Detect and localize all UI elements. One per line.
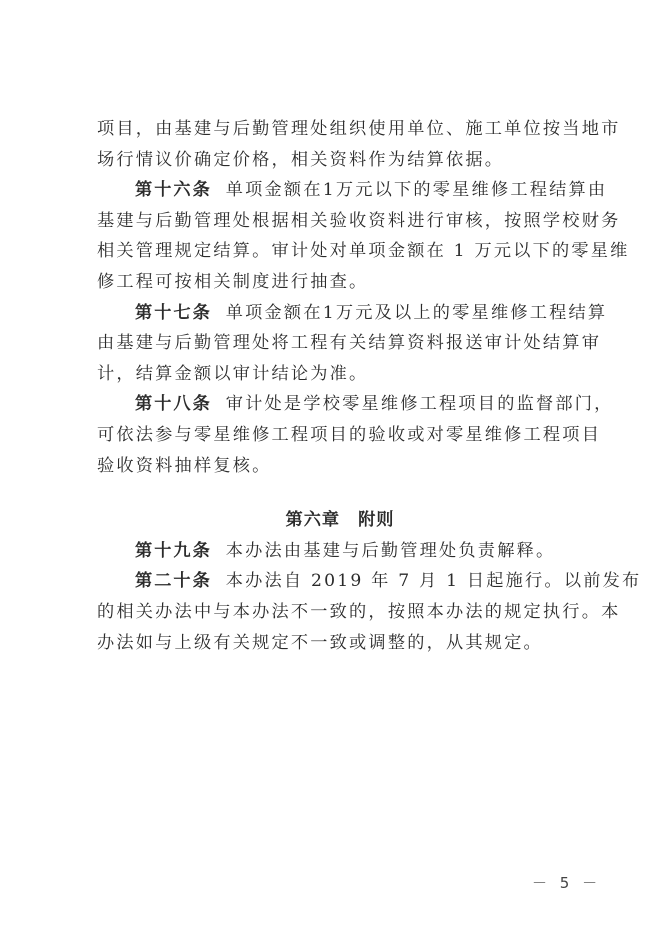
- paragraph-line: 的相关办法中与本办法不一致的，按照本办法的规定执行。本: [97, 597, 575, 628]
- article-label: 第十七条: [135, 303, 212, 323]
- article-label: 第二十条: [135, 571, 212, 591]
- article-19: 第十九条本办法由基建与后勤管理处负责解释。: [97, 536, 575, 567]
- document-page: 项目，由基建与后勤管理处组织使用单位、施工单位按当地市 场行情议价确定价格，相关…: [97, 114, 575, 658]
- chapter-number: 第六章: [286, 510, 341, 530]
- paragraph-line: 相关管理规定结算。审计处对单项金额在 1 万元以下的零星维: [97, 236, 575, 267]
- article-label: 第十六条: [135, 180, 212, 200]
- paragraph-line: 场行情议价确定价格，相关资料作为结算依据。: [97, 145, 575, 176]
- paragraph-line: 修工程可按相关制度进行抽查。: [97, 267, 575, 298]
- paragraph-line: 基建与后勤管理处根据相关验收资料进行审核，按照学校财务: [97, 206, 575, 237]
- section-gap: [97, 481, 575, 505]
- paragraph-line: 项目，由基建与后勤管理处组织使用单位、施工单位按当地市: [97, 114, 575, 145]
- paragraph-line: 验收资料抽样复核。: [97, 451, 575, 482]
- paragraph-line: 由基建与后勤管理处将工程有关结算资料报送审计处结算审: [97, 328, 575, 359]
- article-text: 单项金额在1万元及以上的零星维修工程结算: [226, 303, 608, 323]
- chapter-title: 附则: [358, 510, 394, 530]
- article-text: 本办法自 2019 年 7 月 1 日起施行。以前发布: [226, 571, 642, 591]
- page-number: － 5 －: [532, 872, 601, 893]
- article-label: 第十八条: [135, 394, 212, 414]
- article-text: 审计处是学校零星维修工程项目的监督部门，: [226, 394, 614, 414]
- article-text: 本办法由基建与后勤管理处负责解释。: [226, 541, 556, 561]
- paragraph-line: 可依法参与零星维修工程项目的验收或对零星维修工程项目: [97, 420, 575, 451]
- article-label: 第十九条: [135, 541, 212, 561]
- article-16: 第十六条单项金额在1万元以下的零星维修工程结算由: [97, 175, 575, 206]
- chapter-heading: 第六章附则: [97, 505, 575, 536]
- article-17: 第十七条单项金额在1万元及以上的零星维修工程结算: [97, 298, 575, 329]
- paragraph-line: 办法如与上级有关规定不一致或调整的，从其规定。: [97, 628, 575, 659]
- article-20: 第二十条本办法自 2019 年 7 月 1 日起施行。以前发布: [97, 566, 575, 597]
- article-text: 单项金额在1万元以下的零星维修工程结算由: [226, 180, 608, 200]
- article-18: 第十八条审计处是学校零星维修工程项目的监督部门，: [97, 389, 575, 420]
- paragraph-line: 计，结算金额以审计结论为准。: [97, 359, 575, 390]
